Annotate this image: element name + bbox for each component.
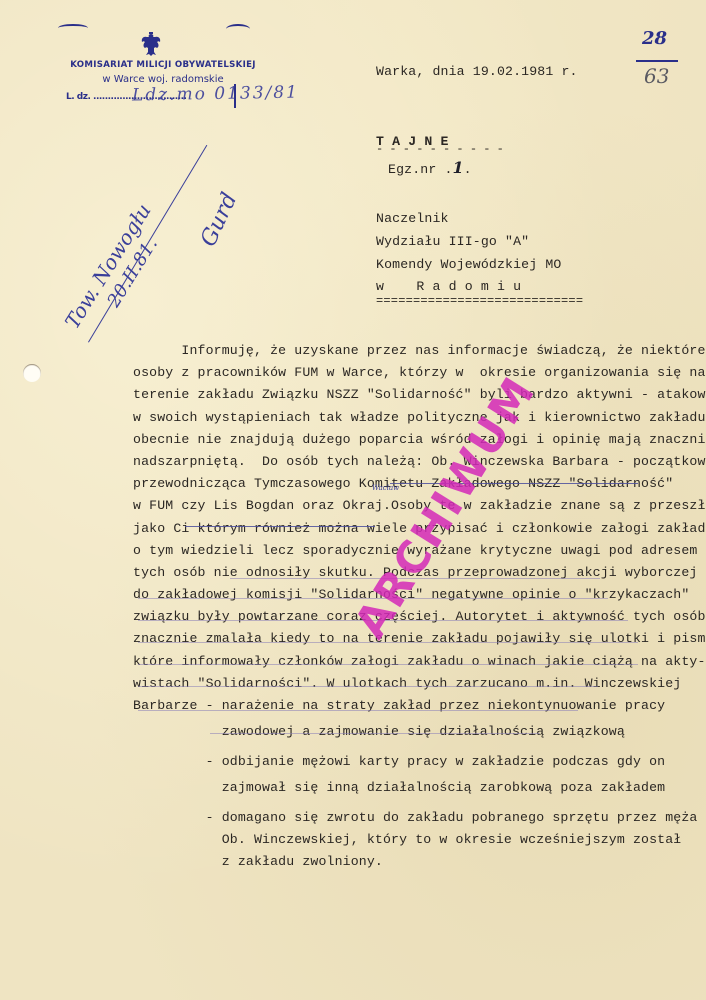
body-line: zajmował się inną działalnością zarobkow… [133, 780, 706, 810]
punch-hole [23, 364, 41, 382]
body-line: zawodowej a zajmowanie się działalnością… [133, 724, 706, 754]
stamp-top-arc-left [58, 24, 88, 32]
body-line: w swoich wystąpieniach tak władze polity… [133, 410, 706, 432]
recipient-underline: ============================ [376, 294, 583, 308]
pencil-underline [138, 686, 598, 687]
margin-note-signature: Gurd [196, 189, 242, 251]
page-number-top: 28 [642, 28, 667, 49]
body-line: terenie zakładu Związku NSZZ "Solidarnoś… [133, 387, 706, 409]
page-number-bottom: 63 [644, 64, 669, 88]
copy-number-label: Egz.nr . [388, 162, 453, 177]
recipient-line-4: w R a d o m i u [376, 279, 521, 294]
handwritten-reference-number: Ldz.mo 0133/81 [132, 83, 299, 106]
body-line: Barbarze - narażenie na straty zakład pr… [133, 698, 706, 724]
pencil-underline [138, 710, 578, 711]
polish-eagle-icon [140, 32, 162, 58]
underline-lis-okraj [185, 526, 375, 527]
margin-note: Tow. Nowogłu 20.II.81. [60, 199, 175, 344]
inline-annotation: Wacław [372, 484, 399, 492]
page-number-divider [636, 60, 678, 62]
copy-number-suffix: . [464, 162, 472, 177]
body-line: nadszarpniętą. Do osób tych należą: Ob. … [133, 454, 706, 476]
stamp-line-institution: KOMISARIAT MILICJI OBYWATELSKIEJ [58, 60, 268, 70]
body-line: Informuję, że uzyskane przez nas informa… [133, 343, 706, 365]
body-line: Ob. Winczewskiej, który to w okresie wcz… [133, 832, 706, 854]
body-line: - odbijanie mężowi karty pracy w zakładz… [133, 754, 706, 780]
document-body: Informuję, że uzyskane przez nas informa… [133, 343, 706, 876]
copy-number-value: 1 [453, 158, 464, 177]
stamp-top-arc-right [226, 24, 250, 34]
place-date: Warka, dnia 19.02.1981 r. [376, 64, 578, 79]
body-line: przewodnicząca Tymczasowego Komitetu Zak… [133, 476, 706, 498]
recipient-line-2: Wydziału III-go "A" [376, 234, 529, 249]
body-line: z zakładu zwolniony. [133, 854, 706, 876]
pencil-underline [210, 733, 540, 734]
margin-note-strike-line [88, 145, 207, 343]
body-line: - domagano się zwrotu do zakładu pobrane… [133, 810, 706, 832]
recipient-line-3: Komendy Wojewódzkiej MO [376, 257, 561, 272]
pencil-underline [138, 664, 638, 665]
classification-underline: - - - - - - - - - - [376, 142, 503, 156]
copy-number: Egz.nr .1. [388, 158, 472, 178]
underline-winczewska [390, 483, 638, 484]
body-line: osoby z pracowników FUM w Warce, którzy … [133, 365, 706, 387]
recipient-line-1: Naczelnik [376, 211, 449, 226]
body-line: obecnie nie znajdują dużego poparcia wśr… [133, 432, 706, 454]
